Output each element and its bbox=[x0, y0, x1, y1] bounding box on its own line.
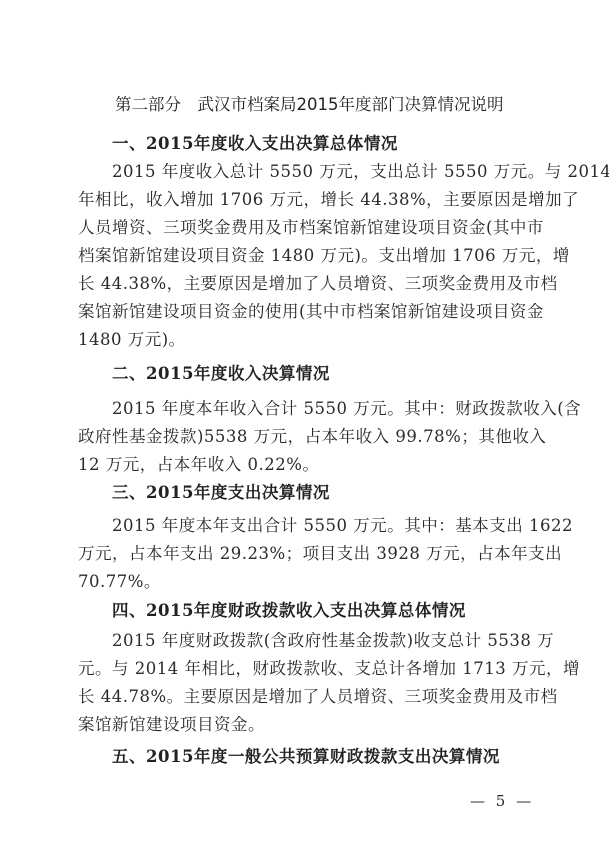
section-heading-1: 一、2015年度收入支出决算总体情况 bbox=[112, 130, 398, 158]
section-heading-4: 四、2015年度财政拨款收入支出决算总体情况 bbox=[112, 597, 466, 625]
paragraph-line: 长 44.78%。主要原因是增加了人员增资、三项奖金费用及市档 bbox=[78, 683, 533, 711]
paragraph-line: 长 44.38%，主要原因是增加了人员增资、三项奖金费用及市档 bbox=[78, 270, 533, 298]
document-page: 第二部分 武汉市档案局2015年度部门决算情况说明 一、2015年度收入支出决算… bbox=[0, 0, 609, 862]
paragraph-line: 案馆新馆建设项目资金的使用(其中市档案馆新馆建设项目资金 bbox=[78, 298, 533, 326]
paragraph-line: 12 万元，占本年收入 0.22%。 bbox=[78, 451, 533, 479]
paragraph-line: 2015 年度本年支出合计 5550 万元。其中：基本支出 1622 bbox=[112, 512, 533, 540]
paragraph-line: 政府性基金拨款)5538 万元，占本年收入 99.78%；其他收入 bbox=[78, 423, 533, 451]
paragraph-line: 1480 万元)。 bbox=[78, 326, 533, 354]
page-number: — 5 — bbox=[470, 791, 534, 811]
section-heading-5: 五、2015年度一般公共预算财政拨款支出决算情况 bbox=[112, 743, 500, 771]
paragraph-line: 万元，占本年支出 29.23%；项目支出 3928 万元，占本年支出 bbox=[78, 540, 533, 568]
paragraph-line: 案馆新馆建设项目资金。 bbox=[78, 711, 533, 739]
page-title: 第二部分 武汉市档案局2015年度部门决算情况说明 bbox=[115, 94, 575, 116]
paragraph-line: 档案馆新馆建设项目资金 1480 万元)。支出增加 1706 万元，增 bbox=[78, 242, 533, 270]
paragraph-line: 人员增资、三项奖金费用及市档案馆新馆建设项目资金(其中市 bbox=[78, 214, 533, 242]
section-heading-2: 二、2015年度收入决算情况 bbox=[112, 360, 330, 388]
paragraph-line: 元。与 2014 年相比，财政拨款收、支总计各增加 1713 万元，增 bbox=[78, 655, 533, 683]
paragraph-line: 70.77%。 bbox=[78, 568, 533, 596]
paragraph-line: 2015 年度财政拨款(含政府性基金拨款)收支总计 5538 万 bbox=[112, 627, 533, 655]
paragraph-line: 年相比，收入增加 1706 万元，增长 44.38%，主要原因是增加了 bbox=[78, 186, 533, 214]
paragraph-line: 2015 年度收入总计 5550 万元，支出总计 5550 万元。与 2014 bbox=[112, 158, 533, 186]
paragraph-line: 2015 年度本年收入合计 5550 万元。其中：财政拨款收入(含 bbox=[112, 395, 533, 423]
section-heading-3: 三、2015年度支出决算情况 bbox=[112, 479, 330, 507]
